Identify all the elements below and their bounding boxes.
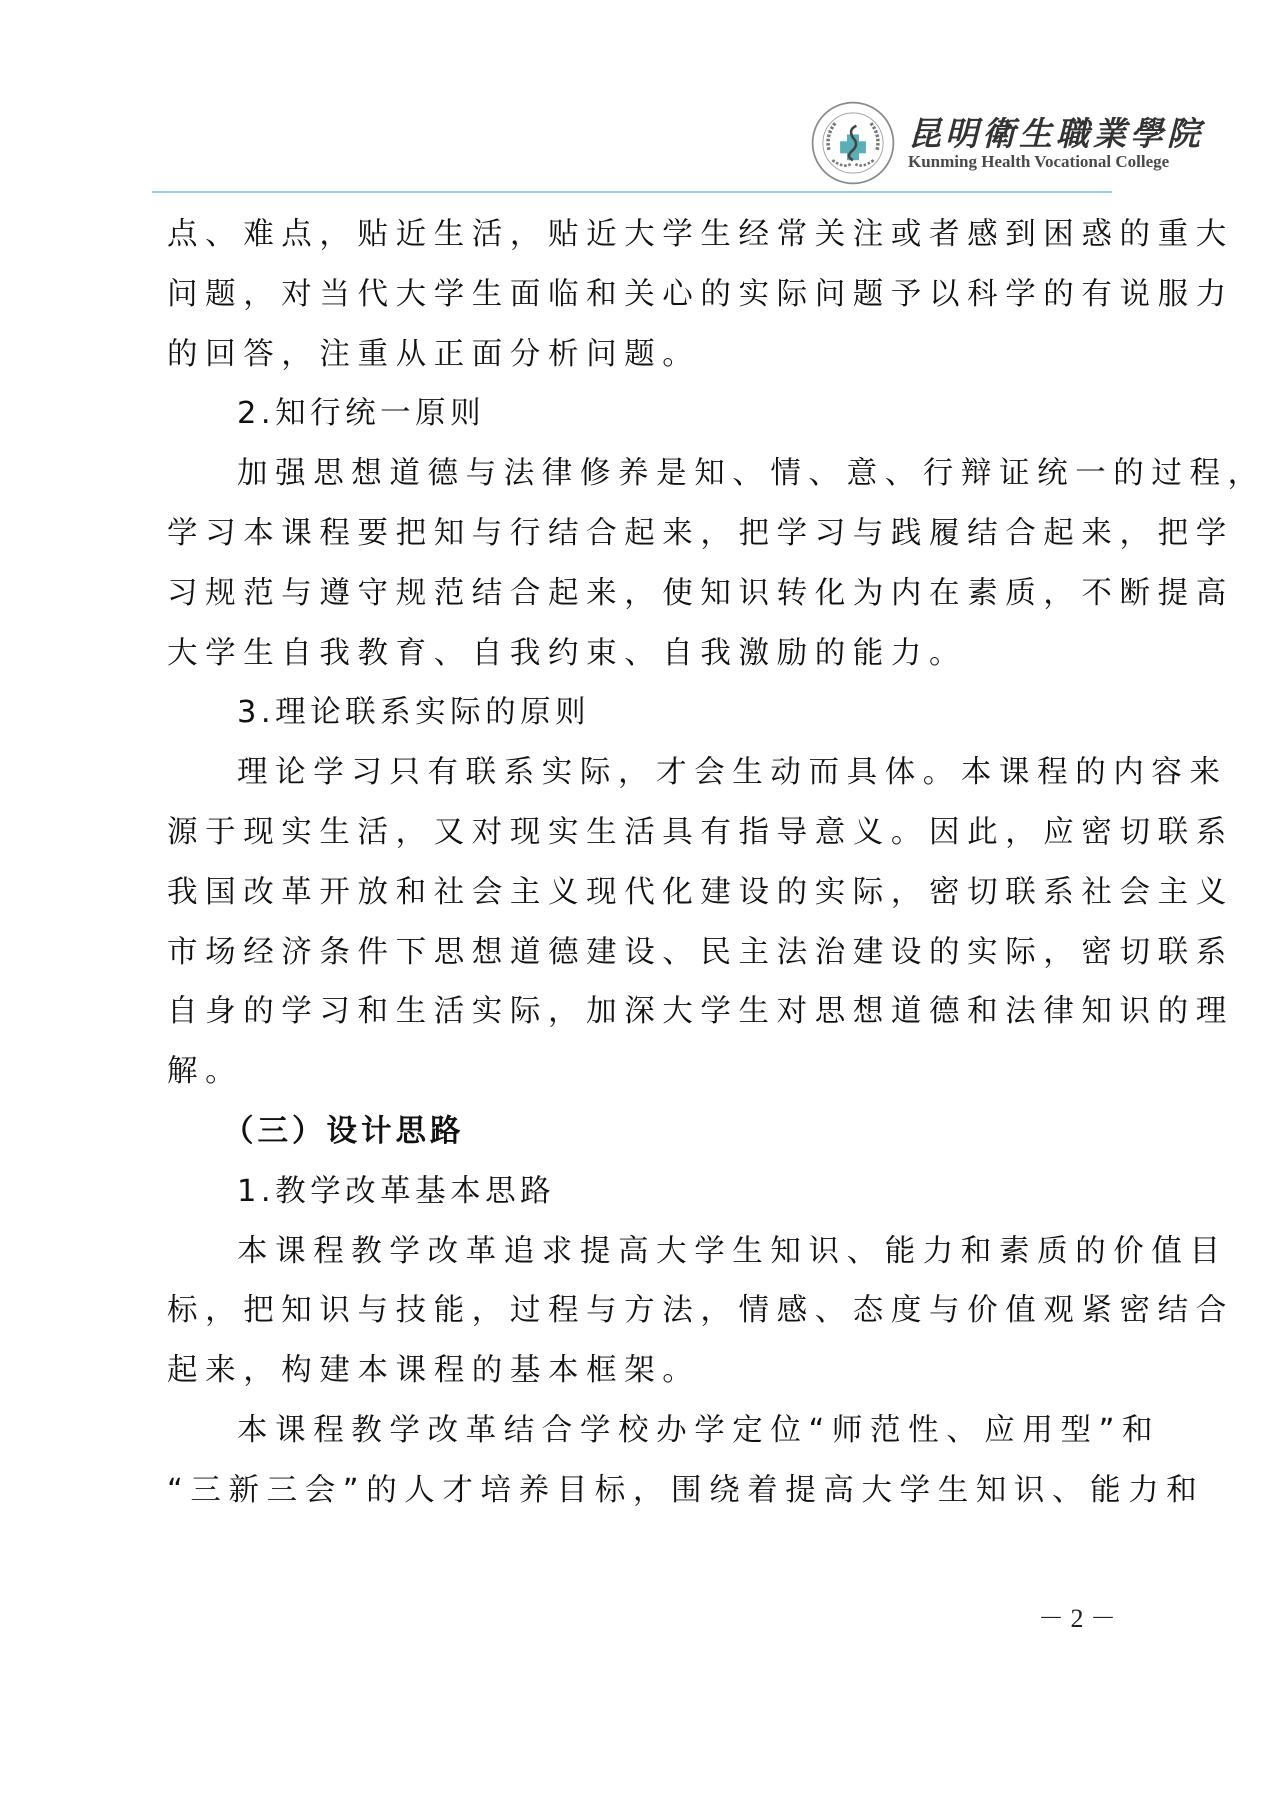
paragraph-line: 大学生自我教育、自我约束、自我激励的能力。	[167, 624, 1113, 684]
paragraph-line: 本课程教学改革追求提高大学生知识、能力和素质的价值目	[167, 1222, 1113, 1282]
subsection-heading: 3.理论联系实际的原则	[167, 683, 1113, 743]
paragraph-line: 市场经济条件下思想道德建设、民主法治建设的实际，密切联系	[167, 923, 1113, 983]
paragraph-line: 标，把知识与技能，过程与方法，情感、态度与价值观紧密结合	[167, 1281, 1113, 1341]
college-name-english: Kunming Health Vocational College	[908, 152, 1169, 172]
document-body: 点、难点，贴近生活，贴近大学生经常关注或者感到困惑的重大 问题，对当代大学生面临…	[167, 205, 1113, 1521]
paragraph-line: 点、难点，贴近生活，贴近大学生经常关注或者感到困惑的重大	[167, 205, 1113, 265]
paragraph-line: 起来，构建本课程的基本框架。	[167, 1341, 1113, 1401]
section-heading: （三）设计思路	[167, 1102, 1113, 1162]
college-seal-icon	[810, 100, 896, 186]
paragraph-line: 自身的学习和生活实际，加深大学生对思想道德和法律知识的理	[167, 982, 1113, 1042]
subsection-heading: 2.知行统一原则	[167, 384, 1113, 444]
college-name-chinese: 昆明衛生職業學院	[908, 108, 1204, 155]
page-number: － 2 －	[1038, 1598, 1116, 1635]
paragraph-line: 问题，对当代大学生面临和关心的实际问题予以科学的有说服力	[167, 265, 1113, 325]
paragraph-line: 解。	[167, 1042, 1113, 1102]
header-divider	[152, 191, 1112, 193]
paragraph-line: 理论学习只有联系实际，才会生动而具体。本课程的内容来	[167, 743, 1113, 803]
page-header: 昆明衛生職業學院 Kunming Health Vocational Colle…	[0, 0, 1274, 200]
paragraph-line: 本课程教学改革结合学校办学定位“师范性、应用型”和	[167, 1401, 1113, 1461]
paragraph-line: “三新三会”的人才培养目标，围绕着提高大学生知识、能力和	[167, 1461, 1113, 1521]
paragraph-line: 习规范与遵守规范结合起来，使知识转化为内在素质，不断提高	[167, 564, 1113, 624]
paragraph-line: 源于现实生活，又对现实生活具有指导意义。因此，应密切联系	[167, 803, 1113, 863]
paragraph-line: 我国改革开放和社会主义现代化建设的实际，密切联系社会主义	[167, 863, 1113, 923]
paragraph-line: 学习本课程要把知与行结合起来，把学习与践履结合起来，把学	[167, 504, 1113, 564]
subsection-heading: 1.教学改革基本思路	[167, 1162, 1113, 1222]
paragraph-line: 加强思想道德与法律修养是知、情、意、行辩证统一的过程，	[167, 444, 1113, 504]
paragraph-line: 的回答，注重从正面分析问题。	[167, 325, 1113, 385]
